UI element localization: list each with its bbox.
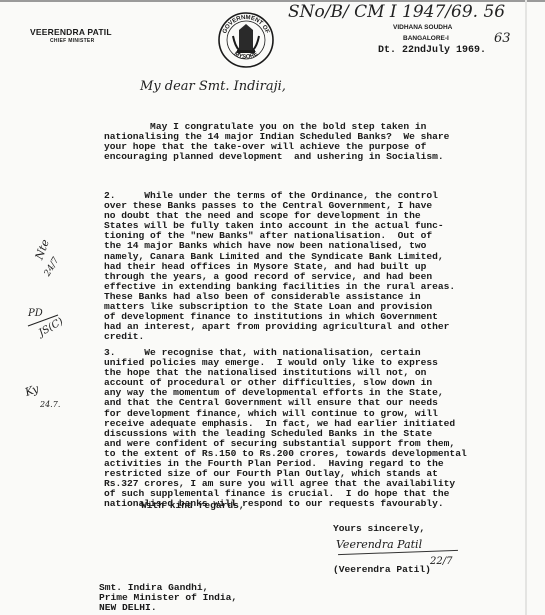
letterhead-name: VEERENDRA PATIL	[30, 27, 112, 37]
paragraph-1: May I congratulate you on the bold step …	[104, 122, 504, 162]
paragraph-2: 2. While under the terms of the Ordinanc…	[104, 191, 504, 342]
signatory-name: (Veerendra Patil)	[333, 564, 431, 575]
margin-note-2: PD	[28, 308, 43, 319]
signature-date: 22/7	[430, 556, 452, 567]
closing-regards: With kind regards,	[141, 500, 245, 511]
government-seal-icon: GOVERNMENT OF MYSORE	[217, 10, 275, 70]
address-line-1: VIDHANA SOUDHA	[393, 24, 452, 31]
handwritten-page-number: 63	[494, 31, 511, 46]
letterhead-title: CHIEF MINISTER	[50, 38, 94, 44]
letter-page: VEERENDRA PATIL CHIEF MINISTER GOVERNMEN…	[0, 0, 545, 615]
paragraph-3: 3. We recognise that, with nationalisati…	[104, 348, 504, 510]
salutation: My dear Smt. Indiraji,	[140, 79, 286, 94]
signature: Veerendra Patil	[336, 538, 422, 551]
margin-note-3: Ky	[23, 382, 40, 399]
margin-note-1: Nte	[33, 238, 52, 262]
margin-note-3-date: 24.7.	[40, 400, 60, 409]
addressee-block: Smt. Indira Gandhi, Prime Minister of In…	[99, 583, 237, 614]
closing-yours: Yours sincerely,	[333, 523, 425, 534]
page-edge	[525, 0, 527, 615]
address-line-2: BANGALORE-I	[403, 35, 449, 42]
handwritten-file-reference: SNo/B/ CM I 1947/69. 56	[288, 2, 505, 22]
letter-date: Dt. 22ndJuly 1969.	[378, 45, 486, 56]
